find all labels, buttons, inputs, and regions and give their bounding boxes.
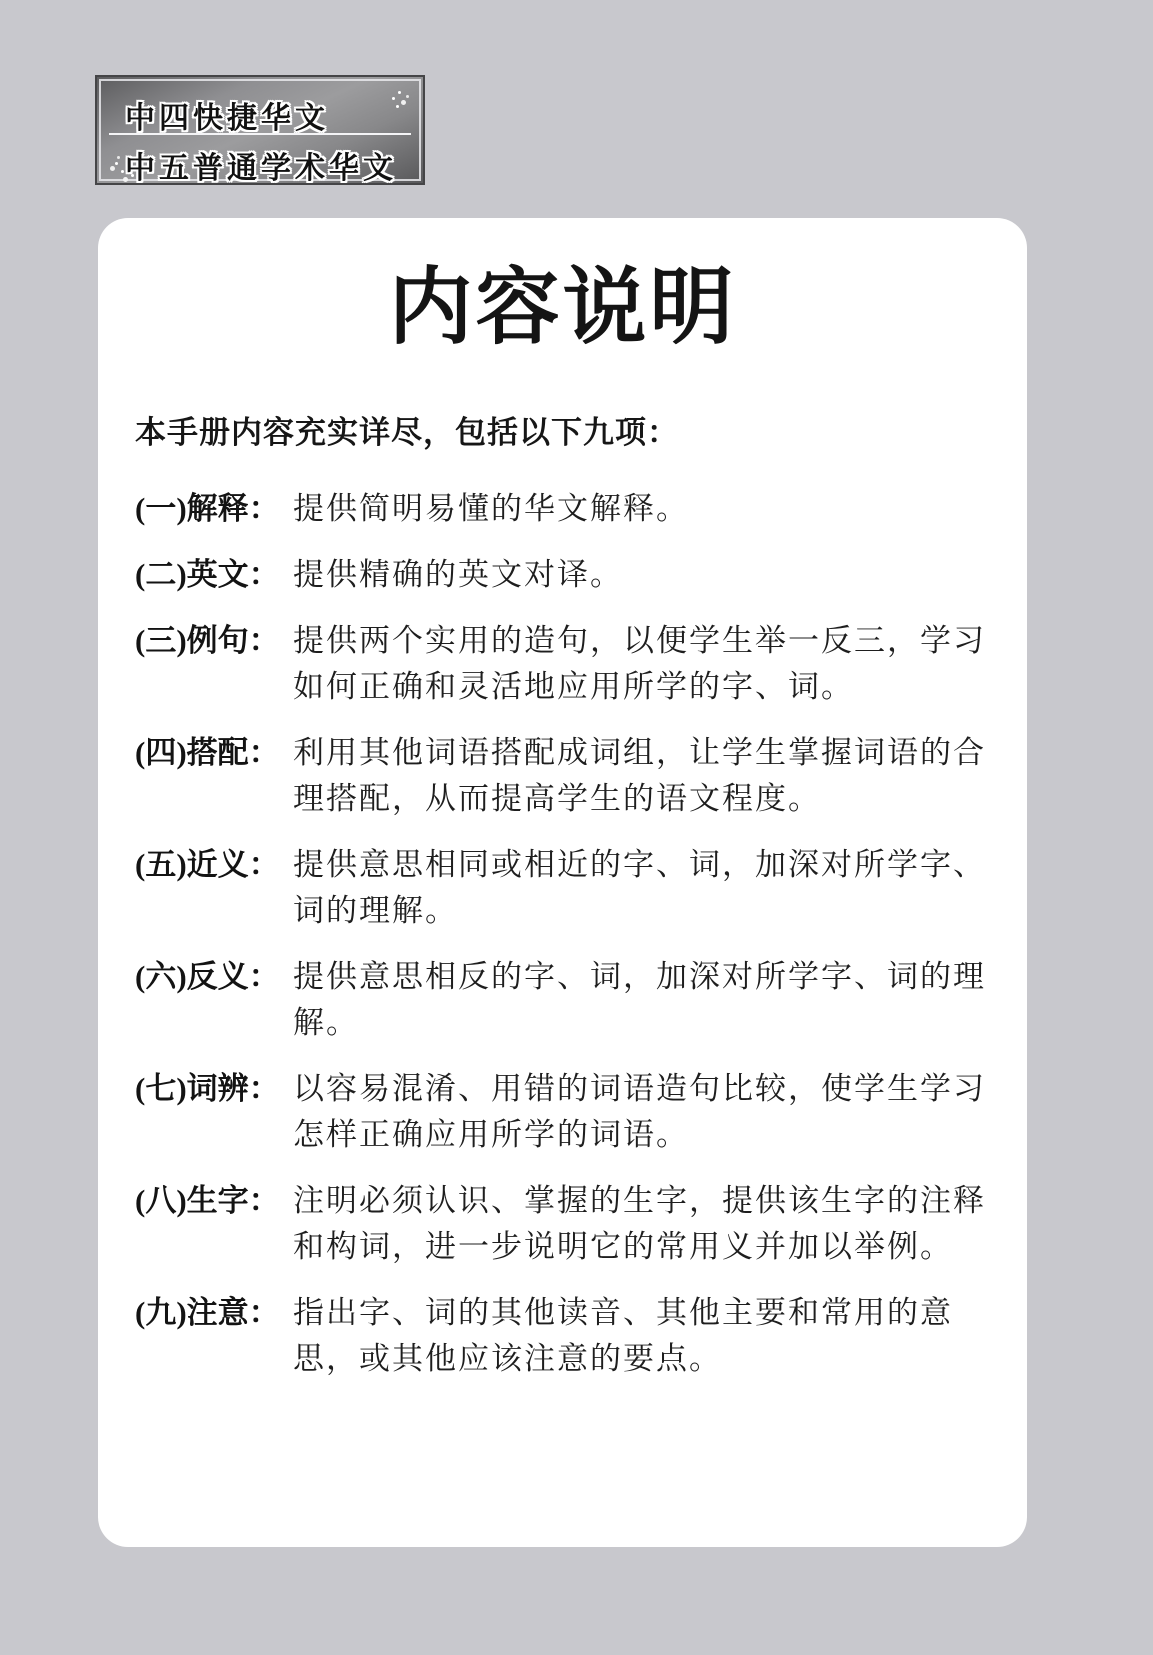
item-text: 提供两个实用的造句，以便学生举一反三，学习 如何正确和灵活地应用所学的字、词。 [293,618,990,710]
item-label: (三)例句： [135,618,293,664]
badge-line-2: 中五普通学术华文 [125,143,415,187]
item-text: 提供精确的英文对译。 [293,552,990,598]
list-item: (九)注意： 指出字、词的其他读音、其他主要和常用的意 思，或其他应该注意的要点… [135,1290,990,1382]
list-item: (一)解释： 提供简明易懂的华文解释。 [135,486,990,532]
item-text: 利用其他词语搭配成词组，让学生掌握词语的合 理搭配，从而提高学生的语文程度。 [293,730,990,822]
course-level-badge: 中四快捷华文 中五普通学术华文 [95,75,425,185]
intro-text: 本手册内容充实详尽，包括以下九项： [135,410,990,456]
item-label: (八)生字： [135,1178,293,1224]
list-item: (六)反义： 提供意思相反的字、词，加深对所学字、词的理 解。 [135,954,990,1046]
content-card: 内容说明 本手册内容充实详尽，包括以下九项： (一)解释： 提供简明易懂的华文解… [98,218,1027,1547]
list-item: (八)生字： 注明必须认识、掌握的生字，提供该生字的注释 和构词，进一步说明它的… [135,1178,990,1270]
list-item: (四)搭配： 利用其他词语搭配成词组，让学生掌握词语的合 理搭配，从而提高学生的… [135,730,990,822]
item-text: 指出字、词的其他读音、其他主要和常用的意 思，或其他应该注意的要点。 [293,1290,990,1382]
item-label: (一)解释： [135,486,293,532]
item-label: (七)词辨： [135,1066,293,1112]
badge-line-1: 中四快捷华文 [125,93,415,137]
item-label: (六)反义： [135,954,293,1000]
item-text: 以容易混淆、用错的词语造句比较，使学生学习 怎样正确应用所学的词语。 [293,1066,990,1158]
list-item: (三)例句： 提供两个实用的造句，以便学生举一反三，学习 如何正确和灵活地应用所… [135,618,990,710]
list-item: (二)英文： 提供精确的英文对译。 [135,552,990,598]
item-text: 提供意思相同或相近的字、词，加深对所学字、 词的理解。 [293,842,990,934]
badge-divider [109,133,411,135]
item-text: 提供简明易懂的华文解释。 [293,486,990,532]
sparkle-decoration [115,162,118,165]
item-text: 提供意思相反的字、词，加深对所学字、词的理 解。 [293,954,990,1046]
item-label: (四)搭配： [135,730,293,776]
page-title: 内容说明 [135,260,990,354]
item-label: (五)近义： [135,842,293,888]
list-item: (七)词辨： 以容易混淆、用错的词语造句比较，使学生学习 怎样正确应用所学的词语… [135,1066,990,1158]
item-list: (一)解释： 提供简明易懂的华文解释。 (二)英文： 提供精确的英文对译。 (三… [135,486,990,1382]
item-label: (九)注意： [135,1290,293,1336]
list-item: (五)近义： 提供意思相同或相近的字、词，加深对所学字、 词的理解。 [135,842,990,934]
item-text: 注明必须认识、掌握的生字，提供该生字的注释 和构词，进一步说明它的常用义并加以举… [293,1178,990,1270]
item-label: (二)英文： [135,552,293,598]
